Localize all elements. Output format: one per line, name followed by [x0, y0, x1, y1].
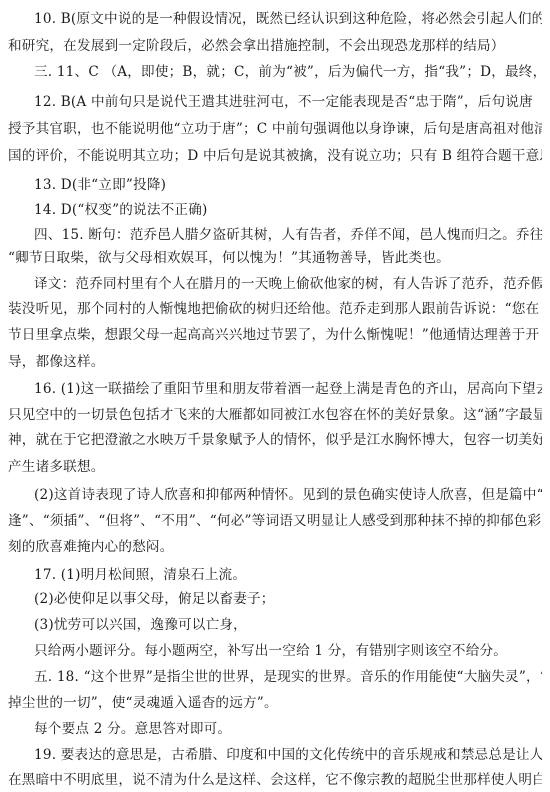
answer-16-2-line-1: (2)这首诗表现了诗人欣喜和抑郁两种情怀。见到的景色确实使诗人欣喜，但是篇中“难 — [34, 486, 542, 504]
answer-15-translation-line-3: 节日里拿点柴，想跟父母一起高高兴兴地过节罢了，为什么惭愧呢！”他通情达理善于开 — [8, 326, 542, 344]
answer-17-scoring-line: 只给两小题评分。每小题两空，补写出一空给 1 分，有错别字则该空不给分。 — [34, 642, 542, 660]
answer-11-line: 三. 11、C （A，即使；B，就；C，前为“被”，后为偏代一方，指“我”；D，… — [34, 63, 542, 81]
answer-16-2-line-2: 逢”、“须插”、“但将”、“不用”、“何必”等词语又明显让人感受到那种抹不掉的抑… — [8, 512, 542, 530]
answer-10-line-1: 10. B(原文中说的是一种假设情况，既然已经认识到这种危险，将必然会引起人们的… — [34, 10, 542, 28]
answer-19-line-2: 在黑暗中不明底里，说不清为什么是这样、会这样，它不像宗教的超脱尘世那样使人明白其… — [8, 771, 542, 789]
answer-15-punctuation-line-1: 四、15. 断句：范乔邑人腊夕盗斫其树，人有告者，乔佯不闻，邑人愧而归之。乔往喻… — [34, 226, 542, 244]
answer-16-1-line-1: 16. (1)这一联描绘了重阳节里和朋友带着酒一起登上满是青色的齐山，居高向下望… — [34, 380, 542, 398]
answer-14-line: 14. D(“权变”的说法不正确) — [34, 201, 542, 219]
answer-12-line-3: 国的评价，不能说明其立功；D 中后句是说其被擒，没有说立功；只有 B 组符合题干… — [8, 147, 542, 165]
answer-15-translation-line-4: 导，都像这样。 — [8, 353, 542, 371]
answer-16-1-line-4: 产生诸多联想。 — [8, 458, 542, 476]
answer-15-translation-line-2: 装没听见，那个同村的人惭愧地把偷砍的树归还给他。范乔走到那人跟前告诉说：“您在 — [8, 300, 542, 318]
answer-13-line: 13. D(非“立即”投降) — [34, 176, 542, 194]
answer-10-line-2: 和研究，在发展到一定阶段后，必然会拿出措施控制，不会出现恐龙那样的结局） — [8, 37, 542, 55]
answer-16-1-line-2: 只见空中的一切景色包括才飞来的大雁都如同被江水包容在怀的美好景象。这“涵”字最显… — [8, 406, 542, 424]
answer-18-line-2: 掉尘世的一切”，使“灵魂遁入遥杳的远方”。 — [8, 694, 542, 712]
answer-15-translation-line-1: 译文：范乔同村里有个人在腊月的一天晚上偷砍他家的树，有人告诉了范乔，范乔假 — [34, 275, 542, 293]
answer-17-1-line: 17. (1)明月松间照，清泉石上流。 — [34, 566, 542, 584]
answer-18-scoring-line: 每个要点 2 分。意思答对即可。 — [34, 720, 542, 738]
answer-17-2-line: (2)必使仰足以事父母，俯足以畜妻子； — [34, 590, 542, 608]
answer-18-line-1: 五. 18. “这个世界”是指尘世的世界，是现实的世界。音乐的作用能使“大脑失灵… — [34, 668, 542, 686]
answer-16-1-line-3: 神，就在于它把澄澈之水映万千景象赋予人的情怀，似乎是江水胸怀博大，包容一切美好，… — [8, 431, 542, 449]
answer-12-line-2: 授予其官职，也不能说明他“立功于唐”；C 中前句强调他以身诤谏，后句是唐高祖对他… — [8, 120, 542, 138]
answer-12-line-1: 12. B(A 中前句只是说代王遣其进驻河屯，不一定能表现是否“忠于隋”，后句说… — [34, 93, 542, 111]
answer-16-2-line-3: 刻的欣喜难掩内心的愁闷。 — [8, 538, 542, 556]
answer-key-page: 10. B(原文中说的是一种假设情况，既然已经认识到这种危险，将必然会引起人们的… — [0, 0, 550, 792]
answer-19-line-1: 19. 要表达的意思是，古希腊、印度和中国的文化传统中的音乐规戒和禁忌总是让人如… — [34, 746, 542, 764]
answer-15-punctuation-line-2: “卿节日取柴，欲与父母相欢娱耳，何以愧为！”其通物善导，皆此类也。 — [8, 249, 542, 267]
answer-17-3-line: (3)忧劳可以兴国，逸豫可以亡身， — [34, 616, 542, 634]
